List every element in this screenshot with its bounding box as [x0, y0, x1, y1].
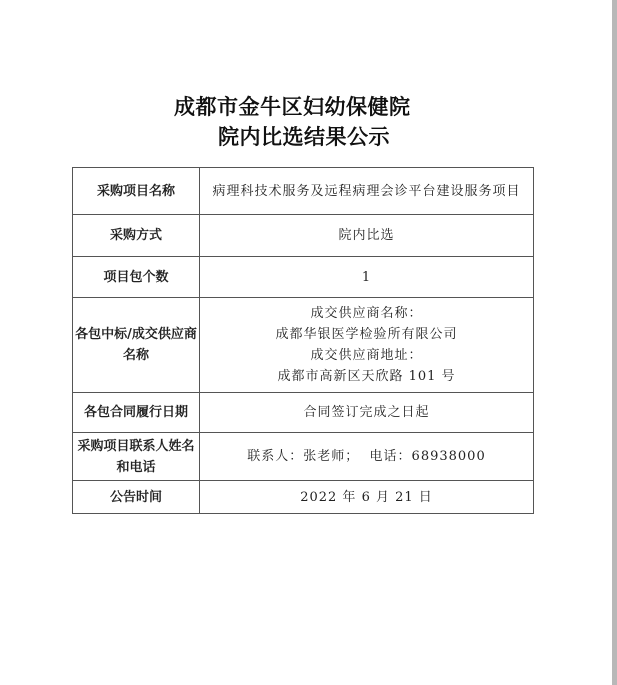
result-table: 采购项目名称 病理科技术服务及远程病理会诊平台建设服务项目 采购方式 院内比选 …	[72, 167, 534, 514]
table-row: 各包中标/成交供应商名称 成交供应商名称： 成都华银医学检验所有限公司 成交供应…	[73, 298, 534, 393]
table-row: 项目包个数 1	[73, 257, 534, 298]
supplier-name-label: 成交供应商名称：	[200, 303, 533, 324]
procurement-method: 院内比选	[200, 225, 533, 246]
row-value: 成交供应商名称： 成都华银医学检验所有限公司 成交供应商地址： 成都市高新区天欣…	[200, 298, 534, 393]
row-value: 2022 年 6 月 21 日	[200, 481, 534, 514]
table-row: 采购项目名称 病理科技术服务及远程病理会诊平台建设服务项目	[73, 168, 534, 215]
table-row: 采购项目联系人姓名和电话 联系人：张老师； 电话：68938000	[73, 433, 534, 481]
row-value: 院内比选	[200, 215, 534, 257]
table-row: 采购方式 院内比选	[73, 215, 534, 257]
row-value: 1	[200, 257, 534, 298]
supplier-address: 成都市高新区天欣路 101 号	[200, 366, 533, 387]
page-edge-scrollbar	[612, 0, 617, 685]
row-label-text: 采购项目联系人姓名和电话	[73, 436, 199, 478]
announcement-date: 2022 年 6 月 21 日	[200, 487, 533, 508]
package-count: 1	[200, 267, 533, 288]
table-row: 各包合同履行日期 合同签订完成之日起	[73, 393, 534, 433]
row-label: 采购项目名称	[73, 168, 200, 215]
supplier-address-label: 成交供应商地址：	[200, 345, 533, 366]
title-line-2: 院内比选结果公示	[218, 122, 390, 151]
row-value: 病理科技术服务及远程病理会诊平台建设服务项目	[200, 168, 534, 215]
row-label: 各包合同履行日期	[73, 393, 200, 433]
row-label: 公告时间	[73, 481, 200, 514]
project-name: 病理科技术服务及远程病理会诊平台建设服务项目	[200, 181, 533, 202]
table-row: 公告时间 2022 年 6 月 21 日	[73, 481, 534, 514]
row-label: 采购项目联系人姓名和电话	[73, 433, 200, 481]
row-value: 联系人：张老师； 电话：68938000	[200, 433, 534, 481]
contact-info: 联系人：张老师； 电话：68938000	[200, 446, 533, 467]
row-label: 项目包个数	[73, 257, 200, 298]
title-line-1: 成都市金牛区妇幼保健院	[174, 92, 411, 121]
row-label: 采购方式	[73, 215, 200, 257]
row-value: 合同签订完成之日起	[200, 393, 534, 433]
supplier-name: 成都华银医学检验所有限公司	[200, 324, 533, 345]
row-label-text: 各包中标/成交供应商名称	[73, 324, 199, 366]
row-label: 各包中标/成交供应商名称	[73, 298, 200, 393]
contract-date: 合同签订完成之日起	[200, 402, 533, 423]
